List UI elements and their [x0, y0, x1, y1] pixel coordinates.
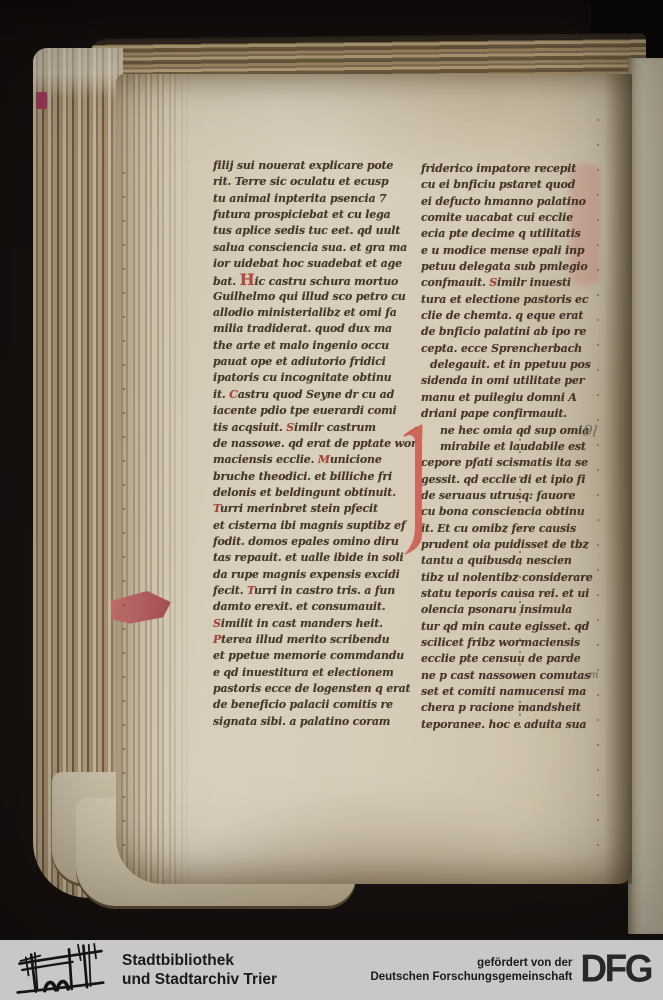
manuscript-text-line: futura prospiciebat et cu lega	[213, 207, 415, 223]
manuscript-text-line: de bnficio palatini ab ipo re	[421, 324, 585, 340]
manuscript-text-line: bat. Hic castru schura mortuo	[213, 272, 415, 288]
manuscript-text-line: rit. Terre sic oculatu et ecusp	[213, 174, 415, 190]
manuscript-text-line: olencia psonaru insimula	[421, 602, 585, 618]
footer-bar: Stadtbibliothek und Stadtarchiv Trier ge…	[0, 940, 663, 1000]
manuscript-text-line: signata sibi. a palatino coram	[213, 714, 415, 730]
manuscript-text-line: tur qd min caute egisset. qd	[421, 619, 585, 635]
manuscript-text-line: ecia pte decime q utilitatis	[421, 226, 585, 242]
manuscript-text-line: cepore pfati scismatis ita se	[421, 455, 585, 471]
gutter-shadow	[604, 74, 632, 884]
manuscript-text-line: fecit. Turri in castro tris. a fun	[213, 583, 415, 599]
funding-credit: gefördert von der Deutschen Forschungsge…	[370, 956, 572, 984]
fold-ridges	[116, 74, 192, 884]
manuscript-text-line: e u modice mense epali inp	[421, 243, 585, 259]
manuscript-text-line: ipatoris cu incognitate obtinu	[213, 370, 415, 386]
manuscript-text-line: damto erexit. et consumauit.	[213, 599, 415, 615]
manuscript-text-line: ne hec omia qd sup omia	[421, 423, 585, 439]
manuscript-text-line: tura et electione pastoris ec	[421, 292, 585, 308]
manuscript-text-line: clie de chemta. q eque erat	[421, 308, 585, 324]
manuscript-text-line: chera p racione mandsheit	[421, 700, 585, 716]
manuscript-text-line: et ppetue memorie commdandu	[213, 648, 415, 664]
manuscript-text-line: teporanee. hoc e aduita sua	[421, 717, 585, 733]
pricking-dots-gutter	[597, 96, 599, 868]
text-column-left: filij sui nouerat explicare poterit. Ter…	[213, 158, 415, 730]
manuscript-text-line: pauat ope et adiutorio fridici	[213, 354, 415, 370]
pink-edge-marker	[36, 92, 47, 109]
manuscript-text-line: pastoris ecce de logensten q erat	[213, 681, 415, 697]
funding-line1: gefördert von der	[370, 956, 572, 970]
manuscript-text-line: e qd inuestitura et electionem	[213, 665, 415, 681]
pricking-dots-left	[123, 150, 125, 856]
manuscript-text-line: tas repauit. et ualle ibide in soli	[213, 550, 415, 566]
manuscript-text-line: scilicet fribz wormaciensis	[421, 635, 585, 651]
manuscript-text-line: allodio ministerialibz et omi fa	[213, 305, 415, 321]
page-stack-fore-edge	[33, 48, 123, 898]
manuscript-text-line: comite uacabat cui ecclie	[421, 210, 585, 226]
manuscript-text-line: the arte et malo ingenio occu	[213, 338, 415, 354]
manuscript-text-line: Similit in cast manders heit.	[213, 616, 415, 632]
manuscript-photo: filij sui nouerat explicare poterit. Ter…	[0, 0, 663, 940]
manuscript-text-line: delonis et beldingunt obtinuit.	[213, 485, 415, 501]
manuscript-text-line: set et comiti namucensi ma	[421, 684, 585, 700]
manuscript-text-line: da rupe magnis expensis excidi	[213, 567, 415, 583]
manuscript-text-line: Pterea illud merito scribendu	[213, 632, 415, 648]
manuscript-text-line: maciensis ecclie. Municione	[213, 452, 415, 468]
manuscript-text-line: statu teporis causa rei. et ui	[421, 586, 585, 602]
manuscript-text-line: milia tradiderat. quod dux ma	[213, 321, 415, 337]
manuscript-text-line: bruche theodici. et billiche fri	[213, 469, 415, 485]
manuscript-text-line: ei defucto hmanno palatino	[421, 194, 585, 210]
manuscript-text-line: ne p cast nassowen comutas	[421, 668, 585, 684]
manuscript-text-line: iacente pdio tpe euerardi comi	[213, 403, 415, 419]
library-name-line2: und Stadtarchiv Trier	[122, 970, 277, 989]
manuscript-text-line: petuu delegata sub pmlegio	[421, 259, 585, 275]
marginal-note: 9l	[582, 421, 598, 440]
manuscript-text-line: delegauit. et in ppetuu pos	[421, 357, 585, 373]
manuscript-text-line: ecclie pte censuu de parde	[421, 651, 585, 667]
manuscript-text-line: tibz ul nolentibz considerare	[421, 570, 585, 586]
manuscript-text-line: tis acqsiuit. Similr castrum	[213, 420, 415, 436]
manuscript-text-line: de nassowe. qd erat de pptate wor	[213, 436, 415, 452]
manuscript-text-line: tantu a quibusda nescien	[421, 553, 585, 569]
manuscript-text-line: gessit. qd ecclie di et ipio fi	[421, 472, 585, 488]
manuscript-text-line: Guilhelmo qui illud sco petro cu	[213, 289, 415, 305]
manuscript-text-line: driani pape confirmauit.	[421, 406, 585, 422]
marginal-note: m	[589, 670, 598, 681]
manuscript-text-line: cu ei bnficiu pstaret quod	[421, 177, 585, 193]
red-initial-J-icon	[401, 423, 429, 561]
manuscript-text-line: filij sui nouerat explicare pote	[213, 158, 415, 174]
manuscript-text-line: it. Et cu omibz fere causis	[421, 521, 585, 537]
library-name-line1: Stadtbibliothek	[122, 951, 277, 970]
manuscript-text-line: friderico impatore recepit	[421, 161, 585, 177]
dfg-logo: DFG	[580, 949, 651, 987]
library-name: Stadtbibliothek und Stadtarchiv Trier	[122, 951, 277, 989]
manuscript-text-line: sidenda in omi utilitate per	[421, 373, 585, 389]
manuscript-text-line: it. Castru quod Seyne dr cu ad	[213, 387, 415, 403]
manuscript-text-line: de seruaus utrusq: fauore	[421, 488, 585, 504]
funding-line2: Deutschen Forschungsgemeinschaft	[370, 970, 572, 984]
text-column-right: friderico impatore recepitcu ei bnficiu …	[421, 161, 585, 733]
porta-nigra-sketch-icon	[14, 943, 106, 997]
manuscript-text-line: de beneficio palacii comitis re	[213, 697, 415, 713]
manuscript-text-line: et cisterna ibi magnis suptibz ef	[213, 518, 415, 534]
manuscript-text-line: tus aplice sedis tuc eet. qd uult	[213, 223, 415, 239]
manuscript-text-line: cepta. ecce Sprencherbach	[421, 341, 585, 357]
manuscript-text-line: prudent oia puidisset de tbz	[421, 537, 585, 553]
manuscript-text-line: manu et puilegiu domni A	[421, 390, 585, 406]
manuscript-text-line: salua consciencia sua. et gra ma	[213, 240, 415, 256]
facing-page-sliver	[628, 58, 663, 934]
manuscript-text-line: cu bona consciencia obtinu	[421, 504, 585, 520]
manuscript-text-line: tu animal inpterita psencia 7	[213, 191, 415, 207]
manuscript-text-line: Turri merinbret stein pfecit	[213, 501, 415, 517]
manuscript-text-line: mirabile et laudabile est	[421, 439, 585, 455]
manuscript-text-line: confmauit. Similr inuesti	[421, 275, 585, 291]
manuscript-text-line: fodit. domos epales omino diru	[213, 534, 415, 550]
